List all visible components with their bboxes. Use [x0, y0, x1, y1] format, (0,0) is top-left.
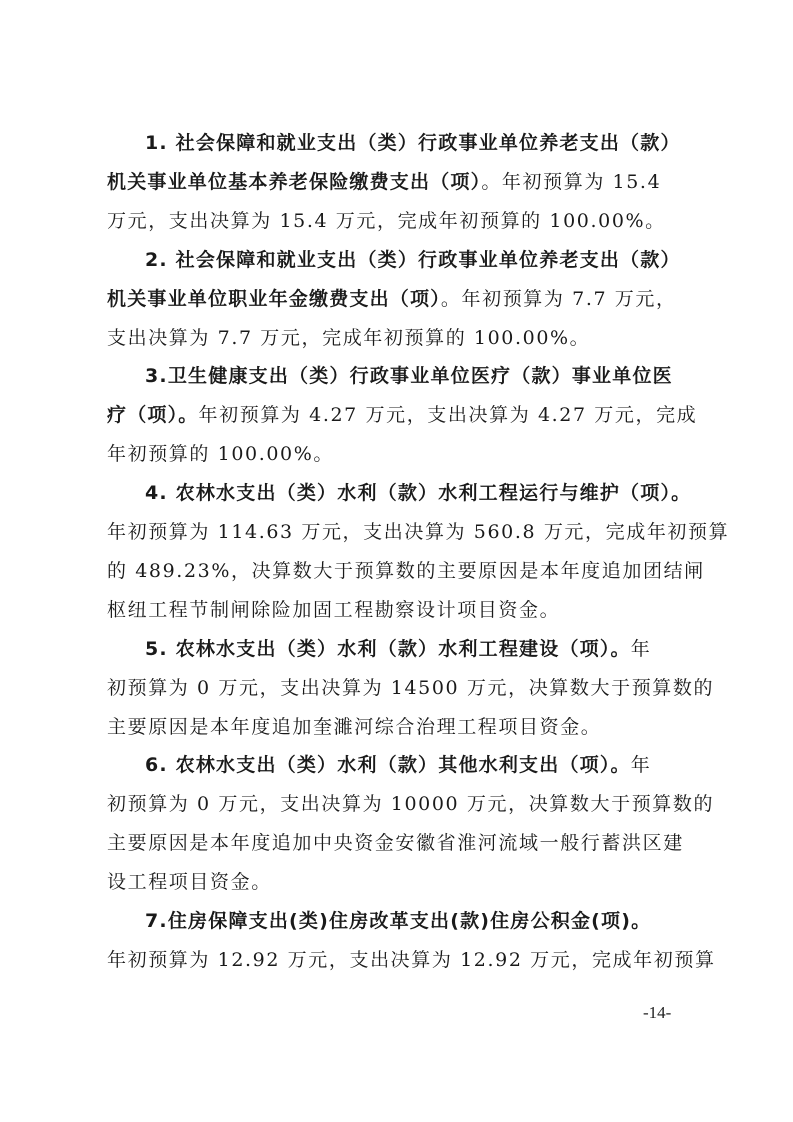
paragraph-line: 年初预算为 12.92 万元，支出决算为 12.92 万元，完成年初预算: [107, 941, 716, 980]
item-heading: 机关事业单位基本养老保险缴费支出（项）: [107, 171, 481, 193]
paragraph-line: 主要原因是本年度追加中央资金安徽省淮河流域一般行蓄洪区建: [107, 824, 684, 863]
paragraph-line: 1. 社会保障和就业支出（类）行政事业单位养老支出（款）: [145, 124, 681, 163]
paragraph-line: 6. 农林水支出（类）水利（款）其他水利支出（项）。年: [145, 746, 651, 785]
paragraph-line: 年初预算为 114.63 万元，支出决算为 560.8 万元，完成年初预算: [107, 513, 729, 552]
item-heading: 7.住房保障支出(类)住房改革支出(款)住房公积金(项)。: [145, 910, 651, 932]
item-text: 万元，支出决算为 15.4 万元，完成年初预算的 100.00%。: [107, 210, 666, 232]
item-text: 支出决算为 7.7 万元，完成年初预算的 100.00%。: [107, 327, 590, 349]
paragraph-line: 3.卫生健康支出（类）行政事业单位医疗（款）事业单位医: [145, 357, 673, 396]
item-heading: 6. 农林水支出（类）水利（款）其他水利支出（项）。: [145, 754, 631, 776]
item-text: 年: [631, 638, 652, 660]
paragraph-line: 年初预算的 100.00%。: [107, 435, 334, 474]
paragraph-line: 支出决算为 7.7 万元，完成年初预算的 100.00%。: [107, 319, 590, 358]
item-heading: 4. 农林水支出（类）水利（款）水利工程运行与维护（项）。: [145, 482, 691, 504]
paragraph-line: 主要原因是本年度追加奎濉河综合治理工程项目资金。: [107, 708, 601, 747]
paragraph-line: 初预算为 0 万元，支出决算为 14500 万元，决算数大于预算数的: [107, 669, 714, 708]
paragraph-line: 2. 社会保障和就业支出（类）行政事业单位养老支出（款）: [145, 241, 681, 280]
paragraph-line: 疗（项）。年初预算为 4.27 万元，支出决算为 4.27 万元，完成: [107, 396, 697, 435]
item-text: 年初预算为 114.63 万元，支出决算为 560.8 万元，完成年初预算: [107, 521, 729, 543]
paragraph-line: 枢纽工程节制闸除险加固工程勘察设计项目资金。: [107, 591, 560, 630]
item-text: 。年初预算为 7.7 万元，: [441, 288, 677, 310]
item-text: 初预算为 0 万元，支出决算为 14500 万元，决算数大于预算数的: [107, 677, 714, 699]
paragraph-line: 万元，支出决算为 15.4 万元，完成年初预算的 100.00%。: [107, 202, 666, 241]
item-heading: 机关事业单位职业年金缴费支出（项）: [107, 288, 441, 310]
item-heading: 2. 社会保障和就业支出（类）行政事业单位养老支出（款）: [145, 249, 681, 271]
item-heading: 3.卫生健康支出（类）行政事业单位医疗（款）事业单位医: [145, 365, 673, 387]
paragraph-line: 设工程项目资金。: [107, 863, 272, 902]
paragraph-line: 的 489.23%，决算数大于预算数的主要原因是本年度追加团结闸: [107, 552, 705, 591]
item-text: 年: [631, 754, 652, 776]
item-text: 年初预算为 4.27 万元，支出决算为 4.27 万元，完成: [199, 404, 698, 426]
item-text: 主要原因是本年度追加中央资金安徽省淮河流域一般行蓄洪区建: [107, 832, 684, 854]
paragraph-line: 4. 农林水支出（类）水利（款）水利工程运行与维护（项）。: [145, 474, 691, 513]
item-text: 。年初预算为 15.4: [481, 171, 661, 193]
item-text: 年初预算的 100.00%。: [107, 443, 334, 465]
item-text: 年初预算为 12.92 万元，支出决算为 12.92 万元，完成年初预算: [107, 949, 716, 971]
item-text: 初预算为 0 万元，支出决算为 10000 万元，决算数大于预算数的: [107, 793, 714, 815]
page-number: -14-: [643, 1003, 671, 1023]
item-heading: 5. 农林水支出（类）水利（款）水利工程建设（项）。: [145, 638, 631, 660]
item-text: 设工程项目资金。: [107, 871, 272, 893]
paragraph-line: 5. 农林水支出（类）水利（款）水利工程建设（项）。年: [145, 630, 651, 669]
item-text: 主要原因是本年度追加奎濉河综合治理工程项目资金。: [107, 716, 601, 738]
item-text: 的 489.23%，决算数大于预算数的主要原因是本年度追加团结闸: [107, 560, 705, 582]
item-heading: 1. 社会保障和就业支出（类）行政事业单位养老支出（款）: [145, 132, 681, 154]
paragraph-line: 机关事业单位职业年金缴费支出（项）。年初预算为 7.7 万元，: [107, 280, 677, 319]
paragraph-line: 7.住房保障支出(类)住房改革支出(款)住房公积金(项)。: [145, 902, 651, 941]
paragraph-line: 初预算为 0 万元，支出决算为 10000 万元，决算数大于预算数的: [107, 785, 714, 824]
item-text: 枢纽工程节制闸除险加固工程勘察设计项目资金。: [107, 599, 560, 621]
item-heading: 疗（项）。: [107, 404, 199, 426]
paragraph-line: 机关事业单位基本养老保险缴费支出（项）。年初预算为 15.4: [107, 163, 661, 202]
